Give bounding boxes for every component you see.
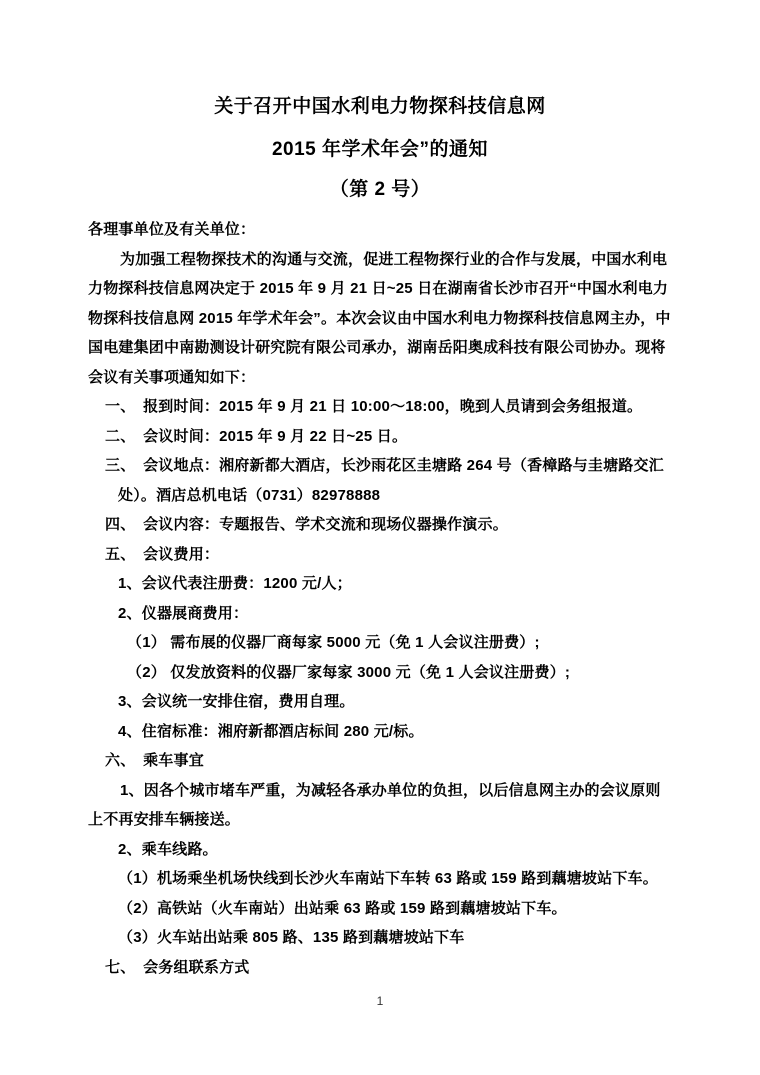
text-line: 上不再安排车辆接送。 <box>88 805 674 835</box>
page-number: 1 <box>0 994 760 1008</box>
text-line: 四、 会议内容：专题报告、学术交流和现场仪器操作演示。 <box>88 510 674 540</box>
document-body: 各理事单位及有关单位：为加强工程物探技术的沟通与交流，促进工程物探行业的合作与发… <box>88 215 674 982</box>
text-line: 为加强工程物探技术的沟通与交流，促进工程物探行业的合作与发展，中国水利电 <box>88 245 674 275</box>
title-line-1: 关于召开中国水利电力物探科技信息网 <box>0 96 760 118</box>
title-line-3: （第 2 号） <box>0 179 760 201</box>
text-line: 一、 报到时间：2015 年 9 月 21 日 10:00～18:00，晚到人员… <box>88 392 674 422</box>
text-line: 三、 会议地点：湘府新都大酒店，长沙雨花区圭塘路 264 号（香樟路与圭塘路交汇 <box>88 451 674 481</box>
text-line: 力物探科技信息网决定于 2015 年 9 月 21 日~25 日在湖南省长沙市召… <box>88 274 674 304</box>
text-line: 六、 乘车事宜 <box>88 746 674 776</box>
text-line: 会议有关事项通知如下： <box>88 363 674 393</box>
text-line: 3、会议统一安排住宿，费用自理。 <box>88 687 674 717</box>
text-line: （1）机场乘坐机场快线到长沙火车南站下车转 63 路或 159 路到藕塘坡站下车… <box>88 864 674 894</box>
document-title: 关于召开中国水利电力物探科技信息网 2015 年学术年会”的通知 （第 2 号） <box>0 0 760 201</box>
text-line: （3）火车站出站乘 805 路、135 路到藕塘坡站下车 <box>88 923 674 953</box>
title-line-2: 2015 年学术年会”的通知 <box>0 139 760 161</box>
document-page: 关于召开中国水利电力物探科技信息网 2015 年学术年会”的通知 （第 2 号）… <box>0 0 760 1075</box>
text-line: 1、因各个城市堵车严重，为减轻各承办单位的负担，以后信息网主办的会议原则 <box>88 776 674 806</box>
text-line: 国电建集团中南勘测设计研究院有限公司承办，湖南岳阳奥成科技有限公司协办。现将 <box>88 333 674 363</box>
text-line: 2、仪器展商费用： <box>88 599 674 629</box>
text-line: （2）高铁站（火车南站）出站乘 63 路或 159 路到藕塘坡站下车。 <box>88 894 674 924</box>
text-line: 1、会议代表注册费：1200 元/人； <box>88 569 674 599</box>
text-line: 处）。酒店总机电话（0731）82978888 <box>88 481 674 511</box>
text-line: 七、 会务组联系方式 <box>88 953 674 983</box>
text-line: 二、 会议时间：2015 年 9 月 22 日~25 日。 <box>88 422 674 452</box>
text-line: 各理事单位及有关单位： <box>88 215 674 245</box>
text-line: 物探科技信息网 2015 年学术年会”。本次会议由中国水利电力物探科技信息网主办… <box>88 304 674 334</box>
text-line: 五、 会议费用： <box>88 540 674 570</box>
text-line: （1） 需布展的仪器厂商每家 5000 元（免 1 人会议注册费）; <box>88 628 674 658</box>
text-line: 4、住宿标准：湘府新都酒店标间 280 元/标。 <box>88 717 674 747</box>
text-line: （2） 仅发放资料的仪器厂家每家 3000 元（免 1 人会议注册费）; <box>88 658 674 688</box>
text-line: 2、乘车线路。 <box>88 835 674 865</box>
